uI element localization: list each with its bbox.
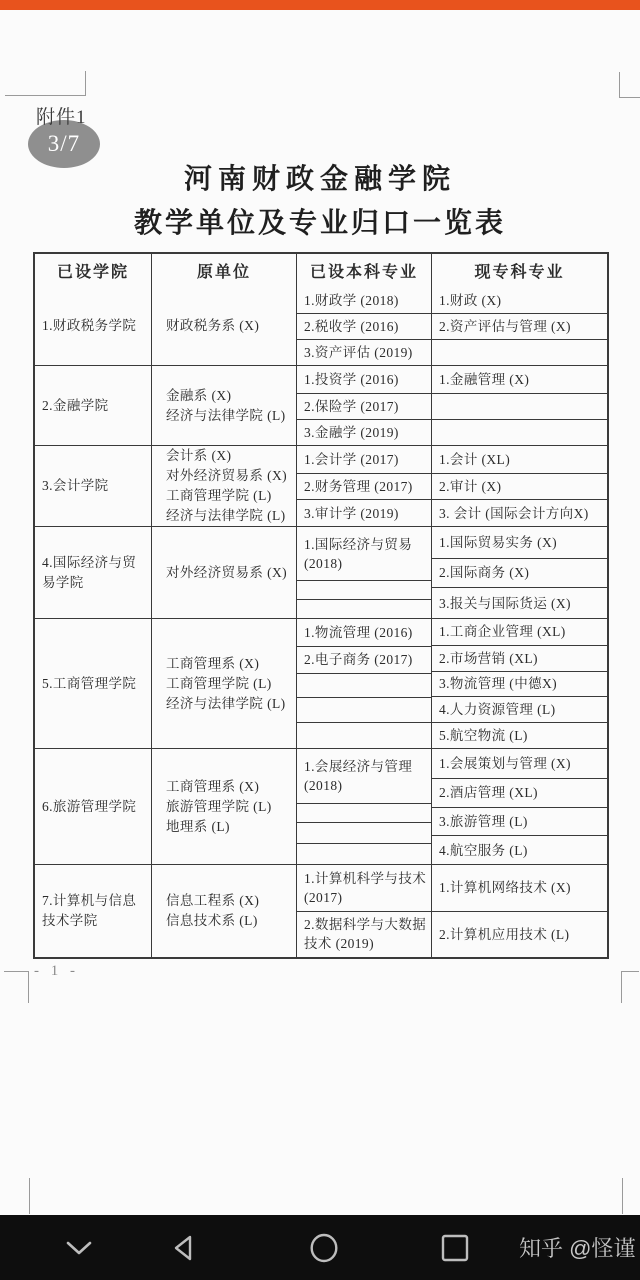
current-major-cell-stack: 1.财政 (X)2.资产评估与管理 (X) [431,287,607,365]
orig-unit-cell: 金融系 (X)经济与法律学院 (L) [151,366,296,445]
current-major-cell-stack: 1.工商企业管理 (XL)2.市场营销 (XL)3.物流管理 (中德X)4.人力… [431,619,607,748]
undergrad-major-cell: 3.资产评估 (2019) [297,339,431,365]
undergrad-major-cell [297,803,431,823]
table-group-row: 3.会计学院会计系 (X)对外经济贸易系 (X)工商管理学院 (L)经济与法律学… [35,445,607,526]
table-group-row: 6.旅游管理学院工商管理系 (X)旅游管理学院 (L)地理系 (L)1.会展经济… [35,748,607,864]
back-button-icon[interactable] [171,1215,194,1280]
college-cell: 1.财政税务学院 [35,287,151,365]
undergrad-major-cell: 1.会计学 (2017) [297,446,431,473]
orig-unit-line: 财政税务系 (X) [166,316,292,336]
current-major-cell-stack: 1.会展策划与管理 (X)2.酒店管理 (XL)3.旅游管理 (L)4.航空服务… [431,749,607,864]
current-major-cell: 1.金融管理 (X) [432,366,607,393]
current-major-cell: 1.会展策划与管理 (X) [432,749,607,778]
orig-unit-cell: 信息工程系 (X)信息技术系 (L) [151,865,296,957]
table-group-row: 4.国际经济与贸易学院对外经济贸易系 (X)1.国际经济与贸易 (2018)1.… [35,526,607,618]
current-major-cell: 1.工商企业管理 (XL) [432,619,607,645]
current-major-cell-stack: 1.金融管理 (X) [431,366,607,445]
college-cell: 3.会计学院 [35,446,151,526]
orig-unit-line: 会计系 (X) [166,446,292,466]
current-major-cell: 4.人力资源管理 (L) [432,696,607,722]
orig-unit-cell: 会计系 (X)对外经济贸易系 (X)工商管理学院 (L)经济与法律学院 (L) [151,446,296,526]
orig-unit-line: 工商管理系 (X) [166,654,292,674]
orig-unit-line: 工商管理学院 (L) [166,674,292,694]
undergrad-major-cell-stack: 1.会展经济与管理 (2018) [296,749,431,864]
current-major-cell: 2.审计 (X) [432,473,607,500]
undergrad-major-cell [297,843,431,864]
undergrad-major-cell: 1.会展经济与管理 (2018) [297,749,431,803]
college-cell: 4.国际经济与贸易学院 [35,527,151,618]
affiliation-table: 已设学院 原单位 已设本科专业 现专科专业 1.财政税务学院财政税务系 (X)1… [33,252,609,959]
undergrad-major-cell [297,722,431,748]
undergrad-major-cell-stack: 1.物流管理 (2016)2.电子商务 (2017) [296,619,431,748]
undergrad-major-cell: 2.财务管理 (2017) [297,473,431,500]
college-cell: 6.旅游管理学院 [35,749,151,864]
undergrad-major-cell: 2.保险学 (2017) [297,393,431,420]
header-college: 已设学院 [35,254,151,287]
current-major-cell: 1.财政 (X) [432,287,607,313]
current-major-cell: 3.物流管理 (中德X) [432,671,607,697]
document-title: 河南财政金融学院 [0,157,640,197]
orig-unit-line: 信息技术系 (L) [166,911,292,931]
chevron-down-icon[interactable] [66,1215,92,1280]
undergrad-major-cell-stack: 1.财政学 (2018)2.税收学 (2016)3.资产评估 (2019) [296,287,431,365]
orig-unit-line: 旅游管理学院 (L) [166,797,292,817]
current-major-cell: 4.航空服务 (L) [432,835,607,864]
affiliation-table-body: 1.财政税务学院财政税务系 (X)1.财政学 (2018)2.税收学 (2016… [35,287,607,957]
current-major-cell: 2.国际商务 (X) [432,558,607,588]
orig-unit-cell: 工商管理系 (X)旅游管理学院 (L)地理系 (L) [151,749,296,864]
crop-mark-top-left-h [5,95,86,96]
current-major-cell: 2.市场营销 (XL) [432,645,607,671]
orig-unit-cell: 工商管理系 (X)工商管理学院 (L)经济与法律学院 (L) [151,619,296,748]
crop-mark-bottom-right-h [621,971,639,972]
undergrad-major-cell: 1.财政学 (2018) [297,287,431,313]
status-bar-strip [0,0,640,10]
orig-unit-line: 信息工程系 (X) [166,891,292,911]
document-subtitle: 教学单位及专业归口一览表 [0,201,640,241]
current-major-cell-stack: 1.计算机网络技术 (X)2.计算机应用技术 (L) [431,865,607,957]
table-group-row: 1.财政税务学院财政税务系 (X)1.财政学 (2018)2.税收学 (2016… [35,287,607,365]
current-major-cell: 5.航空物流 (L) [432,722,607,748]
header-orig-unit: 原单位 [151,254,296,287]
college-cell: 7.计算机与信息技术学院 [35,865,151,957]
page-number: - 1 - [34,963,79,980]
table-group-row: 2.金融学院金融系 (X)经济与法律学院 (L)1.投资学 (2016)2.保险… [35,365,607,445]
orig-unit-line: 对外经济贸易系 (X) [166,563,292,583]
next-page-mark-left [29,1178,30,1214]
undergrad-major-cell [297,822,431,843]
orig-unit-line: 工商管理学院 (L) [166,486,292,506]
undergrad-major-cell: 2.税收学 (2016) [297,313,431,339]
undergrad-major-cell-stack: 1.投资学 (2016)2.保险学 (2017)3.金融学 (2019) [296,366,431,445]
table-group-row: 7.计算机与信息技术学院信息工程系 (X)信息技术系 (L)1.计算机科学与技术… [35,864,607,957]
page-indicator-text: 3/7 [48,131,80,157]
crop-mark-bottom-left-v [28,971,29,1003]
college-cell: 5.工商管理学院 [35,619,151,748]
crop-mark-top-right-h [619,97,640,98]
crop-mark-bottom-left-h [4,971,29,972]
recents-button-icon[interactable] [441,1215,469,1280]
undergrad-major-cell-stack: 1.计算机科学与技术 (2017)2.数据科学与大数据技术 (2019) [296,865,431,957]
undergrad-major-cell: 3.审计学 (2019) [297,499,431,526]
current-major-cell: 1.会计 (XL) [432,446,607,473]
current-major-cell [432,419,607,445]
orig-unit-cell: 对外经济贸易系 (X) [151,527,296,618]
orig-unit-line: 经济与法律学院 (L) [166,506,292,526]
current-major-cell: 2.资产评估与管理 (X) [432,313,607,339]
undergrad-major-cell: 3.金融学 (2019) [297,419,431,445]
undergrad-major-cell: 1.国际经济与贸易 (2018) [297,527,431,580]
orig-unit-line: 经济与法律学院 (L) [166,694,292,714]
current-major-cell: 3.旅游管理 (L) [432,807,607,836]
undergrad-major-cell: 1.物流管理 (2016) [297,619,431,646]
current-major-cell [432,393,607,420]
undergrad-major-cell: 1.投资学 (2016) [297,366,431,393]
undergrad-major-cell [297,673,431,698]
header-current-major: 现专科专业 [431,254,607,287]
zhihu-watermark: 知乎 @怪谨 [519,1215,635,1280]
current-major-cell: 1.国际贸易实务 (X) [432,527,607,558]
header-undergrad: 已设本科专业 [296,254,431,287]
current-major-cell: 3.报关与国际货运 (X) [432,587,607,618]
undergrad-major-cell: 2.数据科学与大数据技术 (2019) [297,911,431,958]
current-major-cell [432,339,607,365]
crop-mark-top-left-v [85,71,86,96]
orig-unit-line: 工商管理系 (X) [166,777,292,797]
undergrad-major-cell: 2.电子商务 (2017) [297,646,431,673]
undergrad-major-cell-stack: 1.国际经济与贸易 (2018) [296,527,431,618]
undergrad-major-cell: 1.计算机科学与技术 (2017) [297,865,431,911]
current-major-cell-stack: 1.会计 (XL)2.审计 (X)3. 会计 (国际会计方向X) [431,446,607,526]
crop-mark-top-right-v [619,72,620,98]
current-major-cell: 2.酒店管理 (XL) [432,778,607,807]
undergrad-major-cell [297,599,431,618]
phone-screen: 3/7 附件1 河南财政金融学院 教学单位及专业归口一览表 已设学院 原单位 已… [0,0,640,1280]
table-header-row: 已设学院 原单位 已设本科专业 现专科专业 [35,254,607,287]
crop-mark-bottom-right-v [621,971,622,1003]
college-cell: 2.金融学院 [35,366,151,445]
current-major-cell: 2.计算机应用技术 (L) [432,911,607,958]
undergrad-major-cell [297,580,431,599]
home-button-icon[interactable] [309,1215,339,1280]
orig-unit-line: 地理系 (L) [166,817,292,837]
next-page-mark-right [622,1178,623,1214]
android-nav-bar: 知乎 @怪谨 [0,1215,640,1280]
orig-unit-line: 经济与法律学院 (L) [166,406,292,426]
attachment-label: 附件1 [36,102,87,129]
undergrad-major-cell [297,697,431,722]
current-major-cell: 1.计算机网络技术 (X) [432,865,607,911]
table-group-row: 5.工商管理学院工商管理系 (X)工商管理学院 (L)经济与法律学院 (L)1.… [35,618,607,748]
current-major-cell: 3. 会计 (国际会计方向X) [432,499,607,526]
orig-unit-cell: 财政税务系 (X) [151,287,296,365]
orig-unit-line: 对外经济贸易系 (X) [166,466,292,486]
current-major-cell-stack: 1.国际贸易实务 (X)2.国际商务 (X)3.报关与国际货运 (X) [431,527,607,618]
orig-unit-line: 金融系 (X) [166,386,292,406]
undergrad-major-cell-stack: 1.会计学 (2017)2.财务管理 (2017)3.审计学 (2019) [296,446,431,526]
